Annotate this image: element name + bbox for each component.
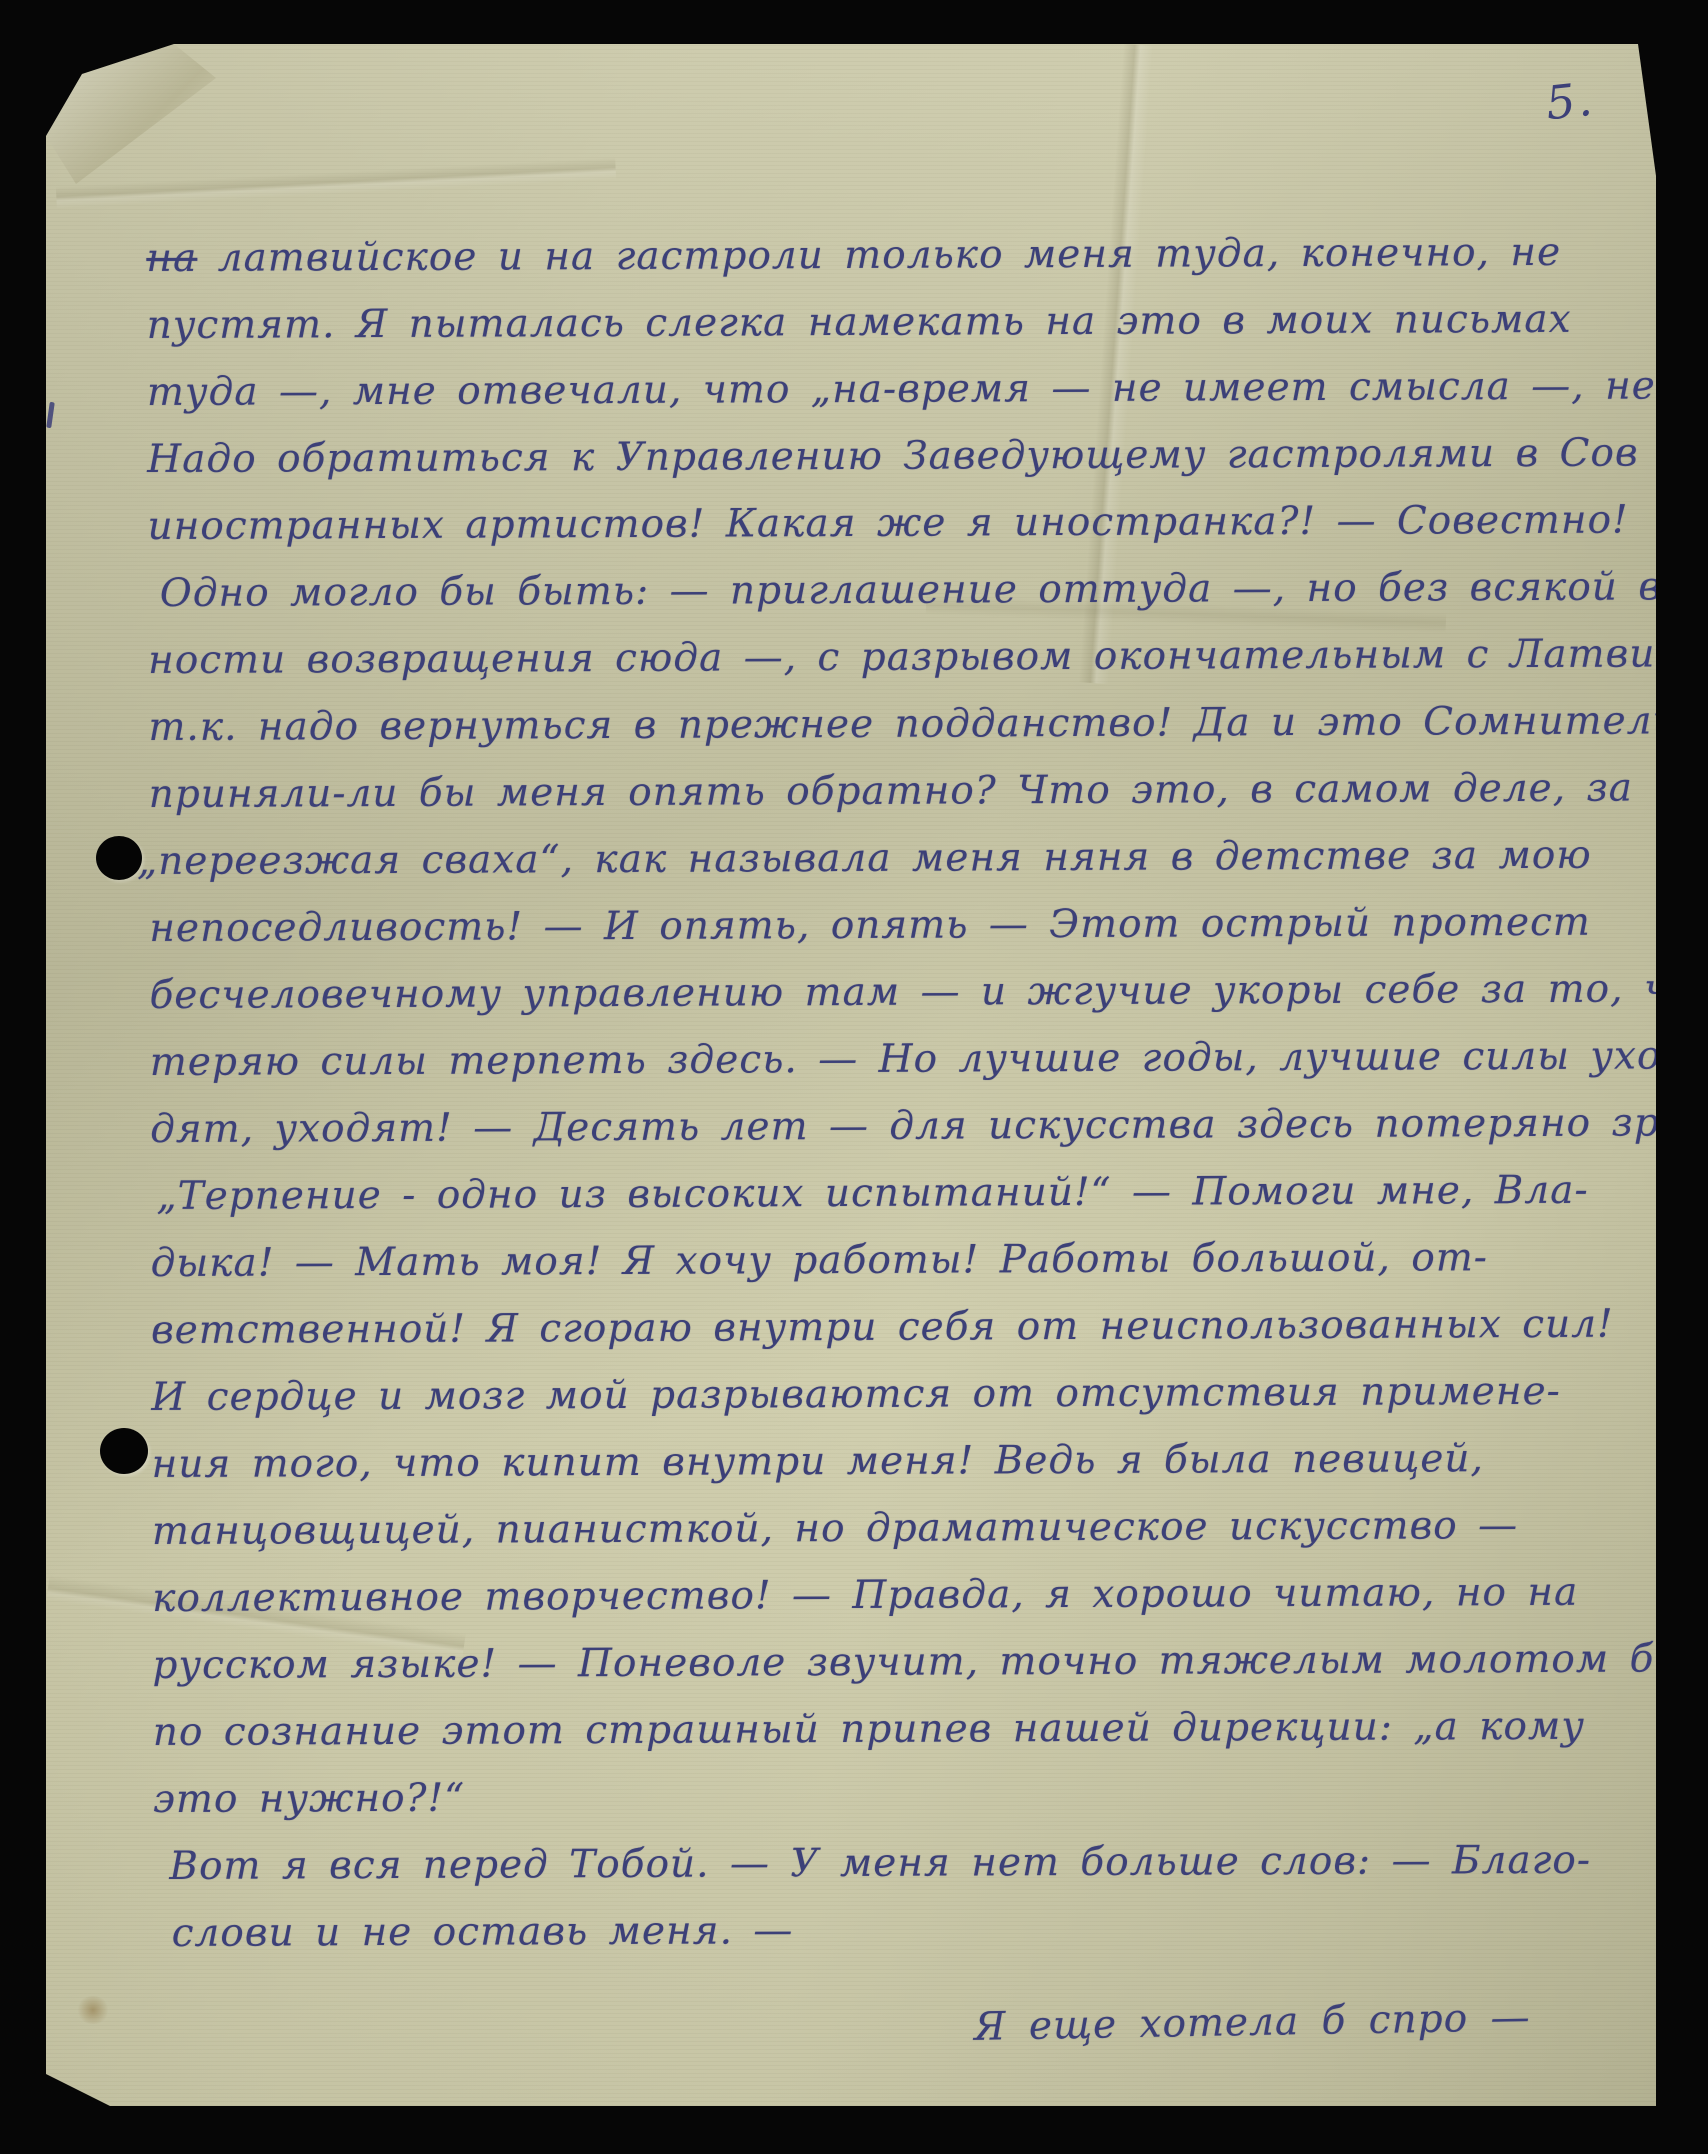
letter-line: на латвийское и на гастроли только меня … xyxy=(146,219,1546,292)
letter-line: пустят. Я пыталась слегка намекать на эт… xyxy=(146,286,1546,359)
paper-crease xyxy=(56,157,616,208)
letter-line: это нужно?!“ xyxy=(153,1760,1553,1833)
letter-body: на латвийское и на гастроли только меня … xyxy=(146,219,1554,1967)
letter-line: ветственной! Я сгораю внутри себя от неи… xyxy=(151,1291,1551,1364)
folded-corner xyxy=(46,44,236,184)
letter-line: дыка! — Мать моя! Я хочу работы! Работы … xyxy=(151,1224,1551,1297)
page-number: 5. xyxy=(1543,72,1596,131)
letter-line: бесчеловечному управлению там — и жгучие… xyxy=(149,956,1549,1029)
letter-line: теряю силы терпеть здесь. — Но лучшие го… xyxy=(150,1023,1550,1096)
letter-line: туда —, мне отвечали, что „на-время — не… xyxy=(147,353,1547,426)
letter-line: т.к. надо вернуться в прежнее подданство… xyxy=(148,688,1548,761)
letter-line: Одно могло бы быть: — приглашение оттуда… xyxy=(160,554,1548,627)
letter-line: слови и не оставь меня. — xyxy=(172,1894,1554,1967)
letter-line: непоседливость! — И опять, опять — Этот … xyxy=(149,889,1549,962)
letter-line: по сознание этот страшный припев нашей д… xyxy=(153,1693,1553,1766)
letter-line: ния того, что кипит внутри меня! Ведь я … xyxy=(151,1425,1551,1498)
scanned-document: 5. на латвийское и на гастроли только ме… xyxy=(0,0,1708,2154)
paper-stain xyxy=(76,1996,110,2024)
punch-hole xyxy=(100,1428,148,1474)
letter-line: И сердце и мозг мой разрываются от отсут… xyxy=(151,1358,1551,1431)
letter-line: „переезжая сваха“, как называла меня нян… xyxy=(137,822,1549,895)
letter-line: Вот я вся перед Тобой. — У меня нет боль… xyxy=(169,1827,1553,1900)
struck-word: на xyxy=(146,236,197,281)
ink-mark xyxy=(46,402,55,428)
letter-line: ности возвращения сюда —, с разрывом око… xyxy=(148,621,1548,694)
letter-closing-line: Я еще хотела б спро — xyxy=(974,1995,1531,2050)
letter-line: Надо обратиться к Управлению Заведующему… xyxy=(147,420,1547,493)
letter-line: иностранных артистов! Какая же я иностра… xyxy=(147,487,1547,560)
letter-line: приняли-ли бы меня опять обратно? Что эт… xyxy=(149,755,1549,828)
punch-hole xyxy=(96,836,142,880)
letter-line: дят, уходят! — Десять лет — для искусств… xyxy=(150,1090,1550,1163)
letter-line: „Терпение - одно из высоких испытаний!“ … xyxy=(156,1157,1550,1230)
letter-line: коллективное творчество! — Правда, я хор… xyxy=(152,1559,1552,1632)
letter-line: танцовщицей, пианисткой, но драматическо… xyxy=(152,1492,1552,1565)
letter-line: русском языке! — Поневоле звучит, точно … xyxy=(152,1626,1552,1699)
letter-page: 5. на латвийское и на гастроли только ме… xyxy=(46,44,1656,2106)
